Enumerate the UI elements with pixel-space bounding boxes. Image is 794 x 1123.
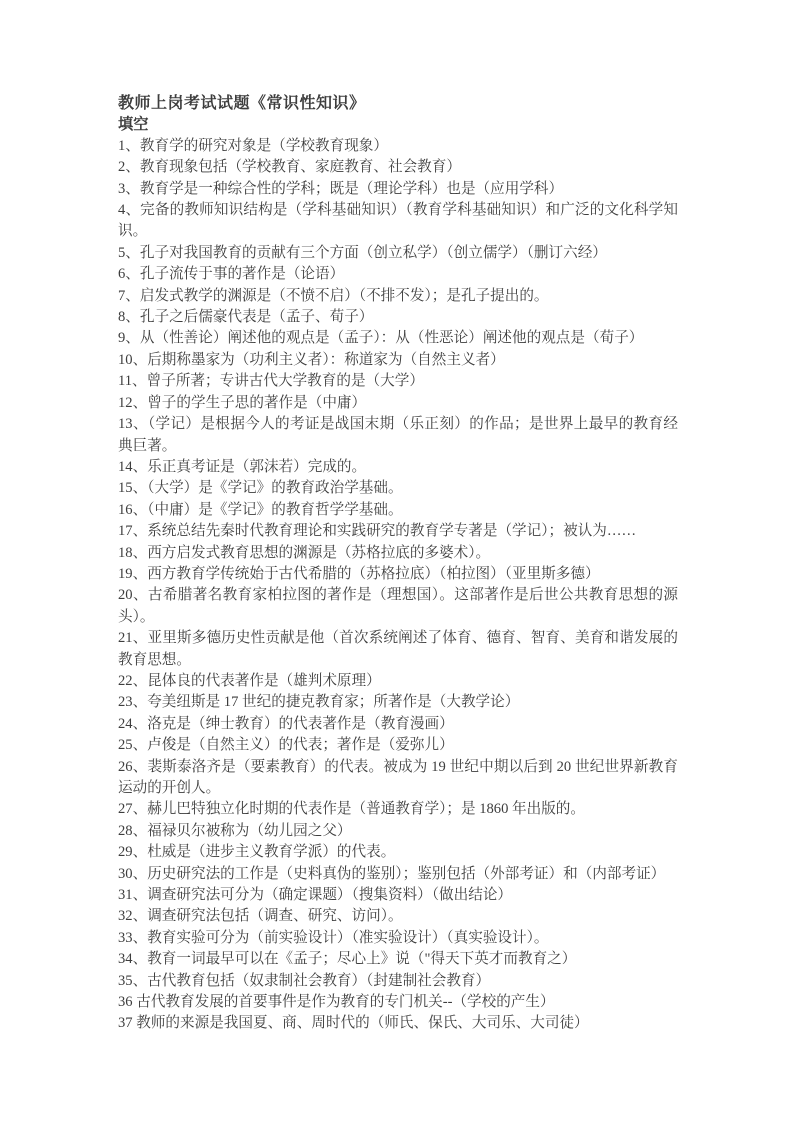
question-item: 12、曾子的学生子思的著作是（中庸）: [118, 393, 678, 414]
question-item: 1、教育学的研究对象是（学校教育现象）: [118, 136, 678, 157]
question-item: 7、启发式教学的渊源是（不愤不启）（不排不发）；是孔子提出的。: [118, 286, 678, 307]
section-heading-fill-blank: 填空: [118, 114, 678, 135]
question-item: 18、西方启发式教育思想的渊源是（苏格拉底的多婆术）。: [118, 543, 678, 564]
question-item: 33、教育实验可分为（前实验设计）（准实验设计）（真实验设计）。: [118, 928, 678, 949]
question-item: 29、杜威是（进步主义教育学派）的代表。: [118, 842, 678, 863]
question-item: 8、孔子之后儒豪代表是（孟子、荀子）: [118, 307, 678, 328]
question-item: 10、后期称墨家为（功利主义者）：称道家为（自然主义者）: [118, 350, 678, 371]
question-item: 17、系统总结先秦时代教育理论和实践研究的教育学专著是（学记）；被认为……: [118, 521, 678, 542]
question-item: 13、（学记）是根据今人的考证是战国末期（乐正刻）的作品；是世界上最早的教育经典…: [118, 414, 678, 457]
document-page: 教师上岗考试试题《常识性知识》 填空 1、教育学的研究对象是（学校教育现象） 2…: [0, 0, 794, 1123]
question-item: 6、孔子流传于事的著作是（论语）: [118, 264, 678, 285]
question-item: 21、亚里斯多德历史性贡献是他（首次系统阐述了体育、德育、智育、美育和谐发展的教…: [118, 628, 678, 671]
question-item: 9、从（性善论）阐述他的观点是（孟子）：从（性恶论）阐述他的观点是（荀子）: [118, 328, 678, 349]
question-item: 16、（中庸）是《学记》的教育哲学学基础。: [118, 500, 678, 521]
question-item: 34、教育一词最早可以在《孟子；尽心上》说（"得天下英才而教育之）: [118, 949, 678, 970]
question-item: 31、调查研究法可分为（确定课题）（搜集资料）（做出结论）: [118, 885, 678, 906]
question-item: 14、乐正真考证是（郭沫若）完成的。: [118, 457, 678, 478]
question-item: 19、西方教育学传统始于古代希腊的（苏格拉底）（柏拉图）（亚里斯多德）: [118, 564, 678, 585]
question-item: 20、古希腊著名教育家柏拉图的著作是（理想国）。这部著作是后世公共教育思想的源头…: [118, 585, 678, 628]
question-item: 26、裴斯泰洛齐是（要素教育）的代表。被成为 19 世纪中期以后到 20 世纪世…: [118, 757, 678, 800]
question-item: 15、（大学）是《学记》的教育政治学基础。: [118, 478, 678, 499]
question-item: 28、福禄贝尔被称为（幼儿园之父）: [118, 821, 678, 842]
question-item: 4、完备的教师知识结构是（学科基础知识）（教育学科基础知识）和广泛的文化科学知识…: [118, 200, 678, 243]
document-title: 教师上岗考试试题《常识性知识》: [118, 93, 678, 114]
question-item: 36 古代教育发展的首要事件是作为教育的专门机关--（学校的产生）: [118, 992, 678, 1013]
question-item: 25、卢俊是（自然主义）的代表；著作是（爱弥儿）: [118, 735, 678, 756]
question-item: 11、曾子所著；专讲古代大学教育的是（大学）: [118, 371, 678, 392]
question-item: 5、孔子对我国教育的贡献有三个方面（创立私学）（创立儒学）（删订六经）: [118, 243, 678, 264]
question-item: 22、昆体良的代表著作是（雄判术原理）: [118, 671, 678, 692]
question-item: 35、古代教育包括（奴隶制社会教育）（封建制社会教育）: [118, 971, 678, 992]
question-item: 30、历史研究法的工作是（史料真伪的鉴别）；鉴别包括（外部考证）和（内部考证）: [118, 864, 678, 885]
question-item: 24、洛克是（绅士教育）的代表著作是（教育漫画）: [118, 714, 678, 735]
question-item: 37 教师的来源是我国夏、商、周时代的（师氏、保氏、大司乐、大司徒）: [118, 1013, 678, 1034]
question-item: 23、夸美纽斯是 17 世纪的捷克教育家；所著作是（大教学论）: [118, 692, 678, 713]
question-list: 1、教育学的研究对象是（学校教育现象） 2、教育现象包括（学校教育、家庭教育、社…: [118, 136, 678, 1035]
question-item: 32、调查研究法包括（调查、研究、访问）。: [118, 906, 678, 927]
question-item: 3、教育学是一种综合性的学科；既是（理论学科）也是（应用学科）: [118, 179, 678, 200]
question-item: 27、赫儿巴特独立化时期的代表作是（普通教育学）；是 1860 年出版的。: [118, 799, 678, 820]
question-item: 2、教育现象包括（学校教育、家庭教育、社会教育）: [118, 157, 678, 178]
